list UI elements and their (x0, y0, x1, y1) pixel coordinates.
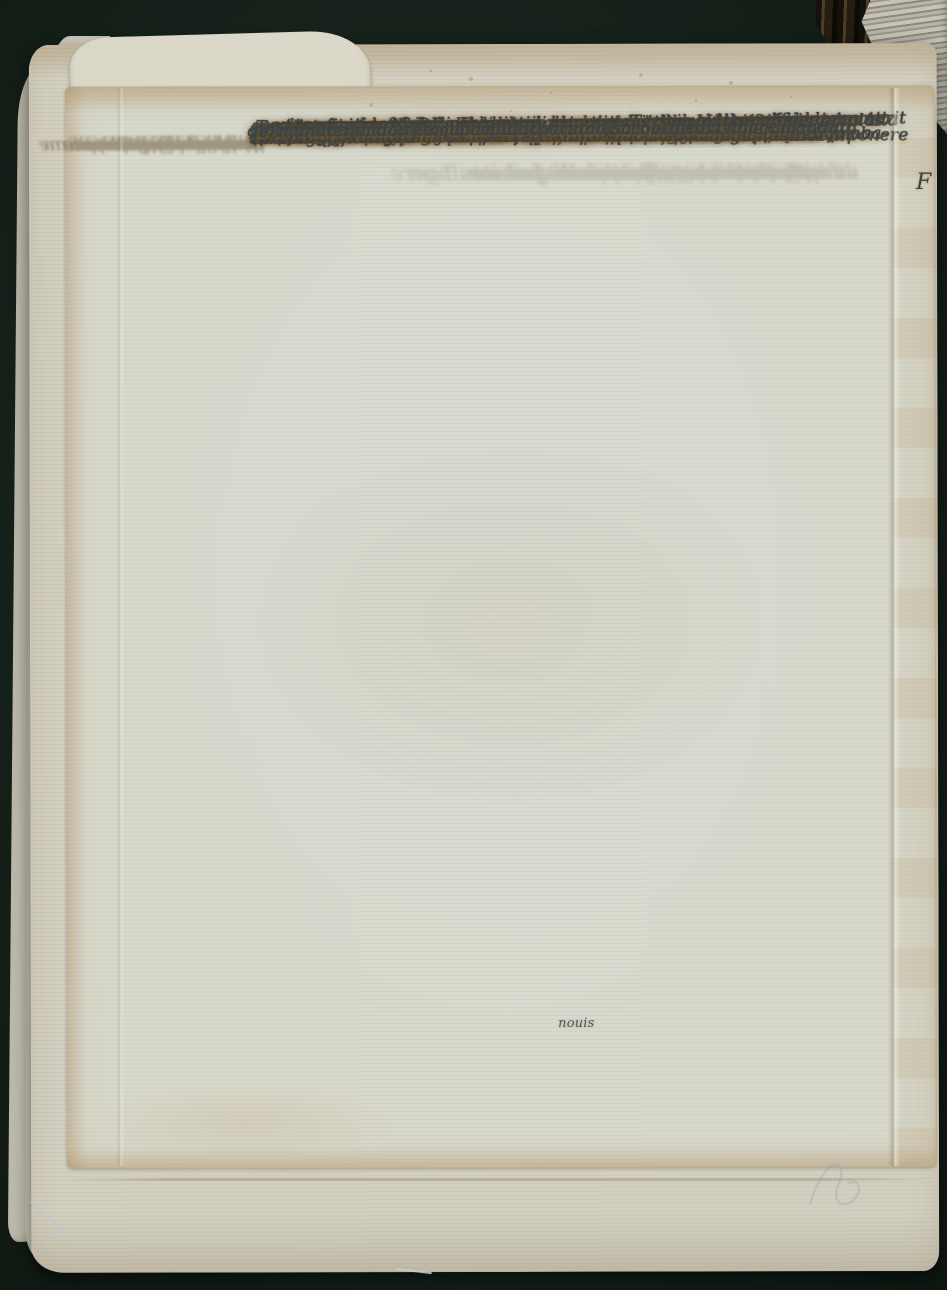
gutter-crease (888, 88, 900, 1166)
handwriting-text-block: potuerunt obviare d.o bene disputat.m qu… (247, 102, 924, 1136)
folio-letter: F (916, 170, 931, 195)
manuscript-photograph: sum quod clarissime bene quod amplius ad… (0, 0, 947, 1290)
vertical-crease (116, 88, 124, 1166)
corner-flourish-mark (792, 1138, 882, 1228)
handwriting-line: de manutenendo, et quod illud pars ad.sa… (247, 111, 777, 148)
foxing-specks (430, 70, 432, 72)
interline-correction: nouis (558, 1016, 594, 1031)
